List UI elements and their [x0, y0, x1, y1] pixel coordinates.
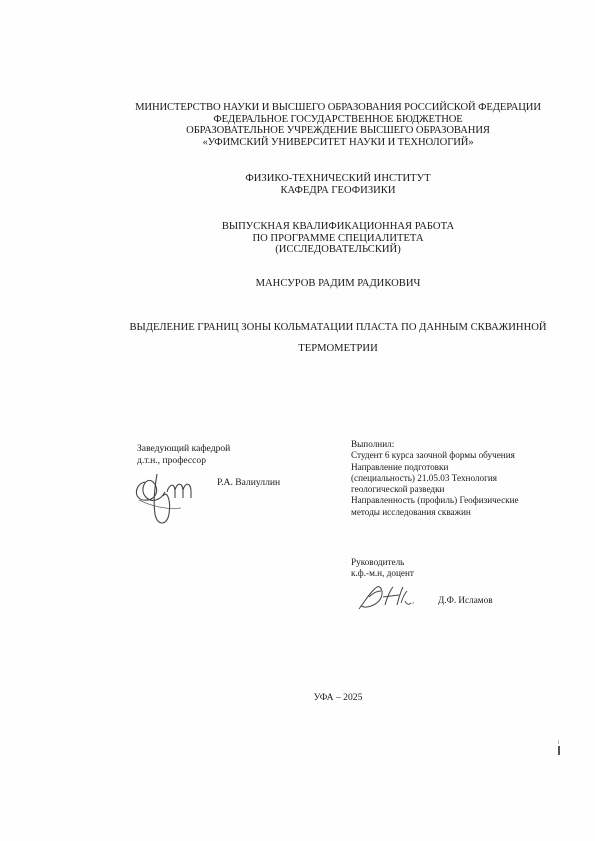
signature-icon	[131, 470, 201, 530]
work-type-line: (ИССЛЕДОВАТЕЛЬСКИЙ)	[0, 244, 595, 256]
scan-artifact	[558, 740, 559, 744]
head-degree: д.т.н., профессор	[137, 455, 230, 467]
institute-block: ФИЗИКО-ТЕХНИЧЕСКИЙ ИНСТИТУТ КАФЕДРА ГЕОФ…	[0, 173, 595, 196]
author-name: МАНСУРОВ РАДИМ РАДИКОВИЧ	[0, 278, 595, 290]
profile-line: методы исследования скважин	[351, 507, 519, 518]
performed-by-label: Выполнил:	[351, 439, 519, 450]
specialty-line: (специальность) 21.05.03 Технология	[351, 473, 519, 484]
supervisor-block: Руководитель к.ф.-м.н, доцент	[351, 557, 414, 580]
header-line: ОБРАЗОВАТЕЛЬНОЕ УЧРЕЖДЕНИЕ ВЫСШЕГО ОБРАЗ…	[0, 125, 595, 137]
department-name: КАФЕДРА ГЕОФИЗИКИ	[0, 185, 595, 197]
profile-line: Направленность (профиль) Геофизические	[351, 495, 519, 506]
student-info: Студент 6 курса заочной формы обучения	[351, 450, 519, 461]
head-of-department-block: Заведующий кафедрой д.т.н., профессор	[137, 443, 230, 466]
head-of-department-name: Р.А. Валиуллин	[217, 477, 280, 488]
header-line: «УФИМСКИЙ УНИВЕРСИТЕТ НАУКИ И ТЕХНОЛОГИЙ…	[0, 137, 595, 149]
signature-icon	[355, 583, 415, 613]
performed-by-block: Выполнил: Студент 6 курса заочной формы …	[351, 439, 519, 518]
header-line: ФЕДЕРАЛЬНОЕ ГОСУДАРСТВЕННОЕ БЮДЖЕТНОЕ	[0, 114, 595, 126]
supervisor-label: Руководитель	[351, 557, 414, 568]
supervisor-degree: к.ф.-м.н, доцент	[351, 568, 414, 579]
ministry-header: МИНИСТЕРСТВО НАУКИ И ВЫСШЕГО ОБРАЗОВАНИЯ…	[0, 102, 595, 148]
title-line: ТЕРМОМЕТРИИ	[0, 338, 595, 359]
title-line: ВЫДЕЛЕНИЕ ГРАНИЦ ЗОНЫ КОЛЬМАТАЦИИ ПЛАСТА…	[0, 317, 595, 338]
specialty-line: геологической разведки	[351, 484, 519, 495]
program-label: Направление подготовки	[351, 462, 519, 473]
author-block: МАНСУРОВ РАДИМ РАДИКОВИЧ	[0, 278, 595, 290]
institute-name: ФИЗИКО-ТЕХНИЧЕСКИЙ ИНСТИТУТ	[0, 173, 595, 185]
thesis-title: ВЫДЕЛЕНИЕ ГРАНИЦ ЗОНЫ КОЛЬМАТАЦИИ ПЛАСТА…	[0, 317, 595, 359]
scan-artifact	[558, 746, 560, 755]
head-position: Заведующий кафедрой	[137, 443, 230, 455]
work-type-line: ВЫПУСКНАЯ КВАЛИФИКАЦИОННАЯ РАБОТА	[0, 221, 595, 233]
work-type-block: ВЫПУСКНАЯ КВАЛИФИКАЦИОННАЯ РАБОТА ПО ПРО…	[0, 221, 595, 256]
city-year: УФА – 2025	[0, 692, 595, 703]
document-page: МИНИСТЕРСТВО НАУКИ И ВЫСШЕГО ОБРАЗОВАНИЯ…	[0, 0, 595, 841]
supervisor-name: Д.Ф. Исламов	[438, 595, 493, 605]
work-type-line: ПО ПРОГРАММЕ СПЕЦИАЛИТЕТА	[0, 233, 595, 245]
header-line: МИНИСТЕРСТВО НАУКИ И ВЫСШЕГО ОБРАЗОВАНИЯ…	[0, 102, 595, 114]
